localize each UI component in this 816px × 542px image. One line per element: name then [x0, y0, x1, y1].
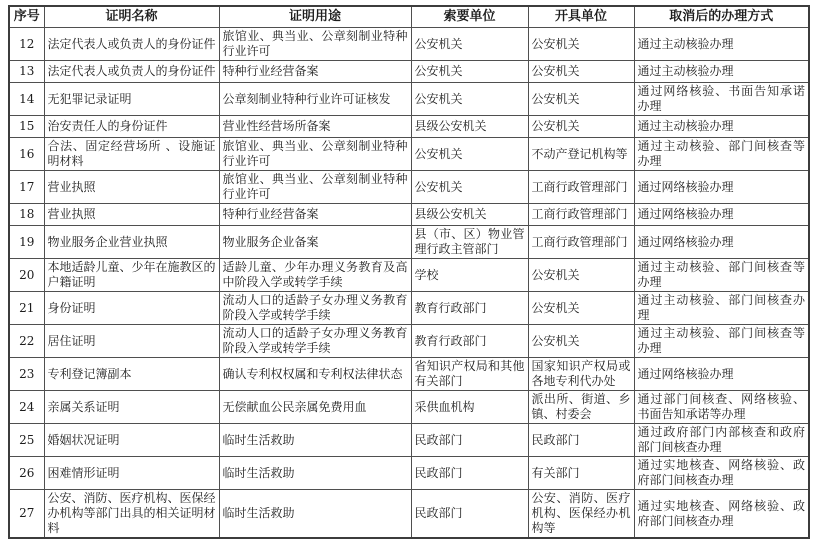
cell-method: 通过部门间核查、网络核验、书面告知承诺等办理 — [634, 391, 809, 424]
cell-purpose: 营业性经营场所备案 — [219, 116, 411, 138]
cell-issuer: 工商行政管理部门 — [528, 204, 634, 226]
page: 序号证明名称证明用途索要单位开具单位取消后的办理方式 12法定代表人或负责人的身… — [0, 0, 816, 542]
cell-requester: 教育行政部门 — [411, 325, 528, 358]
cell-method: 通过实地核查、网络核验、政府部门间核查办理 — [634, 490, 809, 539]
cell-method: 通过网络核验办理 — [634, 171, 809, 204]
column-header-method: 取消后的办理方式 — [634, 6, 809, 28]
cell-no: 22 — [9, 325, 44, 358]
table-row: 23专利登记簿副本确认专利权权属和专利权法律状态省知识产权局和其他有关部门国家知… — [9, 358, 809, 391]
table-row: 24亲属关系证明无偿献血公民亲属免费用血采供血机构派出所、街道、乡镇、村委会通过… — [9, 391, 809, 424]
cell-no: 24 — [9, 391, 44, 424]
cell-requester: 省知识产权局和其他有关部门 — [411, 358, 528, 391]
cell-requester: 采供血机构 — [411, 391, 528, 424]
certificates-table: 序号证明名称证明用途索要单位开具单位取消后的办理方式 12法定代表人或负责人的身… — [8, 5, 810, 539]
cell-no: 15 — [9, 116, 44, 138]
cell-issuer: 公安机关 — [528, 28, 634, 61]
cell-purpose: 临时生活救助 — [219, 490, 411, 539]
cell-issuer: 公安、消防、医疗机构、医保经办机构等 — [528, 490, 634, 539]
table-row: 25婚姻状况证明临时生活救助民政部门民政部门通过政府部门内部核查和政府部门间核查… — [9, 424, 809, 457]
column-header-purpose: 证明用途 — [219, 6, 411, 28]
cell-purpose: 旅馆业、典当业、公章刻制业特种行业许可 — [219, 138, 411, 171]
cell-purpose: 确认专利权权属和专利权法律状态 — [219, 358, 411, 391]
cell-issuer: 不动产登记机构等 — [528, 138, 634, 171]
cell-method: 通过主动核验、部门间核查等办理 — [634, 325, 809, 358]
cell-issuer: 公安机关 — [528, 325, 634, 358]
cell-name: 居住证明 — [44, 325, 219, 358]
cell-purpose: 旅馆业、典当业、公章刻制业特种行业许可 — [219, 171, 411, 204]
cell-purpose: 公章刻制业特种行业许可证核发 — [219, 83, 411, 116]
cell-name: 专利登记簿副本 — [44, 358, 219, 391]
table-row: 16合法、固定经营场所 、设施证明材料旅馆业、典当业、公章刻制业特种行业许可公安… — [9, 138, 809, 171]
cell-method: 通过主动核验办理 — [634, 116, 809, 138]
cell-requester: 公安机关 — [411, 83, 528, 116]
cell-no: 17 — [9, 171, 44, 204]
cell-name: 合法、固定经营场所 、设施证明材料 — [44, 138, 219, 171]
cell-method: 通过主动核验办理 — [634, 61, 809, 83]
column-header-name: 证明名称 — [44, 6, 219, 28]
cell-name: 营业执照 — [44, 204, 219, 226]
cell-requester: 县级公安机关 — [411, 116, 528, 138]
cell-method: 通过主动核验、部门间核查等办理 — [634, 259, 809, 292]
cell-requester: 县（市、区）物业管理行政主管部门 — [411, 226, 528, 259]
cell-method: 通过政府部门内部核查和政府部门间核查办理 — [634, 424, 809, 457]
cell-no: 23 — [9, 358, 44, 391]
table-body: 12法定代表人或负责人的身份证件旅馆业、典当业、公章刻制业特种行业许可公安机关公… — [9, 28, 809, 539]
cell-issuer: 派出所、街道、乡镇、村委会 — [528, 391, 634, 424]
cell-issuer: 工商行政管理部门 — [528, 226, 634, 259]
cell-purpose: 旅馆业、典当业、公章刻制业特种行业许可 — [219, 28, 411, 61]
cell-requester: 民政部门 — [411, 424, 528, 457]
cell-issuer: 公安机关 — [528, 116, 634, 138]
cell-requester: 公安机关 — [411, 61, 528, 83]
cell-name: 法定代表人或负责人的身份证件 — [44, 28, 219, 61]
cell-no: 14 — [9, 83, 44, 116]
cell-name: 无犯罪记录证明 — [44, 83, 219, 116]
cell-purpose: 流动人口的适龄子女办理义务教育阶段入学或转学手续 — [219, 292, 411, 325]
cell-purpose: 无偿献血公民亲属免费用血 — [219, 391, 411, 424]
cell-purpose: 特种行业经营备案 — [219, 204, 411, 226]
cell-no: 19 — [9, 226, 44, 259]
cell-requester: 公安机关 — [411, 171, 528, 204]
cell-name: 本地适龄儿童、少年在施教区的户籍证明 — [44, 259, 219, 292]
cell-name: 困难情形证明 — [44, 457, 219, 490]
column-header-requester: 索要单位 — [411, 6, 528, 28]
header-row: 序号证明名称证明用途索要单位开具单位取消后的办理方式 — [9, 6, 809, 28]
cell-method: 通过主动核验、部门间核查等办理 — [634, 138, 809, 171]
cell-requester: 公安机关 — [411, 138, 528, 171]
table-row: 21身份证明流动人口的适龄子女办理义务教育阶段入学或转学手续教育行政部门公安机关… — [9, 292, 809, 325]
table-row: 12法定代表人或负责人的身份证件旅馆业、典当业、公章刻制业特种行业许可公安机关公… — [9, 28, 809, 61]
cell-no: 13 — [9, 61, 44, 83]
cell-no: 16 — [9, 138, 44, 171]
cell-no: 21 — [9, 292, 44, 325]
table-row: 13法定代表人或负责人的身份证件特种行业经营备案公安机关公安机关通过主动核验办理 — [9, 61, 809, 83]
table-row: 18营业执照特种行业经营备案县级公安机关工商行政管理部门通过网络核验办理 — [9, 204, 809, 226]
table-row: 15治安责任人的身份证件营业性经营场所备案县级公安机关公安机关通过主动核验办理 — [9, 116, 809, 138]
cell-name: 物业服务企业营业执照 — [44, 226, 219, 259]
cell-requester: 民政部门 — [411, 490, 528, 539]
cell-issuer: 公安机关 — [528, 61, 634, 83]
cell-purpose: 特种行业经营备案 — [219, 61, 411, 83]
cell-issuer: 工商行政管理部门 — [528, 171, 634, 204]
column-header-issuer: 开具单位 — [528, 6, 634, 28]
cell-name: 婚姻状况证明 — [44, 424, 219, 457]
table-row: 14无犯罪记录证明公章刻制业特种行业许可证核发公安机关公安机关通过网络核验、书面… — [9, 83, 809, 116]
table-row: 19物业服务企业营业执照物业服务企业备案县（市、区）物业管理行政主管部门工商行政… — [9, 226, 809, 259]
column-header-no: 序号 — [9, 6, 44, 28]
cell-name: 身份证明 — [44, 292, 219, 325]
cell-purpose: 物业服务企业备案 — [219, 226, 411, 259]
cell-no: 18 — [9, 204, 44, 226]
cell-method: 通过网络核验、书面告知承诺办理 — [634, 83, 809, 116]
cell-method: 通过主动核验、部门间核查办理 — [634, 292, 809, 325]
cell-purpose: 适龄儿童、少年办理义务教育及高中阶段入学或转学手续 — [219, 259, 411, 292]
cell-no: 20 — [9, 259, 44, 292]
cell-purpose: 流动人口的适龄子女办理义务教育阶段入学或转学手续 — [219, 325, 411, 358]
cell-method: 通过网络核验办理 — [634, 226, 809, 259]
table-row: 26困难情形证明临时生活救助民政部门有关部门通过实地核查、网络核验、政府部门间核… — [9, 457, 809, 490]
cell-issuer: 公安机关 — [528, 292, 634, 325]
cell-no: 27 — [9, 490, 44, 539]
cell-name: 营业执照 — [44, 171, 219, 204]
table-row: 27公安、消防、医疗机构、医保经办机构等部门出具的相关证明材料临时生活救助民政部… — [9, 490, 809, 539]
cell-name: 治安责任人的身份证件 — [44, 116, 219, 138]
cell-issuer: 有关部门 — [528, 457, 634, 490]
cell-requester: 学校 — [411, 259, 528, 292]
table-header: 序号证明名称证明用途索要单位开具单位取消后的办理方式 — [9, 6, 809, 28]
cell-requester: 民政部门 — [411, 457, 528, 490]
cell-method: 通过网络核验办理 — [634, 358, 809, 391]
cell-name: 法定代表人或负责人的身份证件 — [44, 61, 219, 83]
cell-no: 12 — [9, 28, 44, 61]
table-row: 17营业执照旅馆业、典当业、公章刻制业特种行业许可公安机关工商行政管理部门通过网… — [9, 171, 809, 204]
cell-purpose: 临时生活救助 — [219, 424, 411, 457]
cell-requester: 县级公安机关 — [411, 204, 528, 226]
cell-issuer: 国家知识产权局或各地专利代办处 — [528, 358, 634, 391]
table-row: 20本地适龄儿童、少年在施教区的户籍证明适龄儿童、少年办理义务教育及高中阶段入学… — [9, 259, 809, 292]
cell-no: 26 — [9, 457, 44, 490]
table-row: 22居住证明流动人口的适龄子女办理义务教育阶段入学或转学手续教育行政部门公安机关… — [9, 325, 809, 358]
cell-no: 25 — [9, 424, 44, 457]
cell-requester: 公安机关 — [411, 28, 528, 61]
cell-method: 通过实地核查、网络核验、政府部门间核查办理 — [634, 457, 809, 490]
cell-requester: 教育行政部门 — [411, 292, 528, 325]
cell-name: 公安、消防、医疗机构、医保经办机构等部门出具的相关证明材料 — [44, 490, 219, 539]
cell-purpose: 临时生活救助 — [219, 457, 411, 490]
cell-method: 通过网络核验办理 — [634, 204, 809, 226]
cell-method: 通过主动核验办理 — [634, 28, 809, 61]
cell-issuer: 公安机关 — [528, 83, 634, 116]
cell-name: 亲属关系证明 — [44, 391, 219, 424]
cell-issuer: 民政部门 — [528, 424, 634, 457]
cell-issuer: 公安机关 — [528, 259, 634, 292]
